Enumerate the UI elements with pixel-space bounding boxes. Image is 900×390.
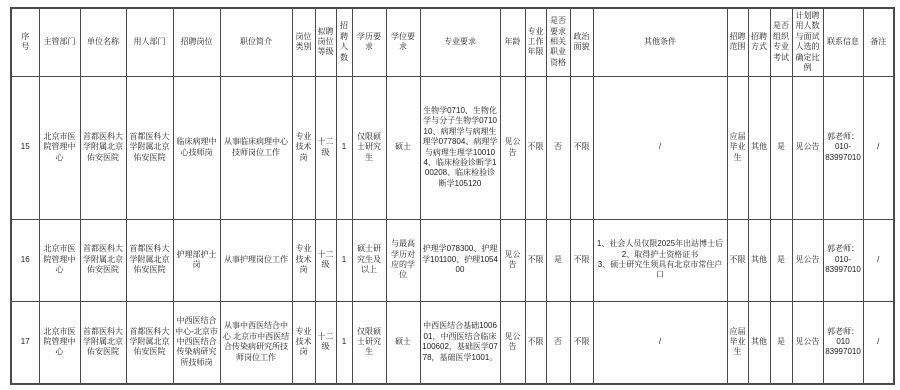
table-cell: 仅限硕士研究生	[352, 76, 386, 219]
table-cell: 从事中西医结合中心 北京市中西医结合传染病研究所技师岗位工作	[220, 301, 292, 384]
header-cell: 用人部门	[126, 8, 173, 76]
table-cell: 不限	[570, 301, 593, 384]
table-cell: 护理部护士岗	[173, 219, 220, 301]
table-cell: 不限	[525, 219, 546, 301]
table-cell: 中西医结合中心-北京市中西医结合传染病研究所技师岗	[173, 301, 220, 384]
table-cell: 1	[336, 301, 352, 384]
table-cell: 临床病理中心技师岗	[173, 76, 220, 219]
table-cell: 首都医科大学附属北京佑安医院	[80, 76, 126, 219]
table-cell: 见公告	[792, 219, 823, 301]
table-cell: 不限	[525, 76, 546, 219]
table-cell: 生物学0710、生物化学与分子生物学071010、病理学与病理生理学077804…	[420, 76, 500, 219]
table-cell: 郭老师： 010 83997010	[823, 301, 863, 384]
table-cell: 十二级	[315, 219, 336, 301]
table-cell: 1	[336, 219, 352, 301]
table-cell: 十二级	[315, 301, 336, 384]
header-cell: 招聘岗位	[173, 8, 220, 76]
table-cell: 不限	[570, 219, 593, 301]
table-cell: 专业技术岗	[292, 76, 315, 219]
table-cell: 从事护理岗位工作	[220, 219, 292, 301]
header-cell: 专业要求	[420, 8, 500, 76]
header-cell: 岗位 类别	[292, 8, 315, 76]
table-cell: 首都医科大学附属北京佑安医院	[126, 219, 173, 301]
table-cell: 首都医科大学附属北京佑安医院	[126, 76, 173, 219]
table-cell: 其他	[748, 219, 770, 301]
table-cell: 郭老师： 010- 83997010	[823, 76, 863, 219]
header-cell: 招聘 方式	[748, 8, 770, 76]
table-cell: 16	[11, 219, 39, 301]
header-cell: 是否 要求 相关 职业 资格	[546, 8, 570, 76]
table-cell: 1、社会人员仅限2025年出站博士后 2、取得护士资格证书 3、硕士研究生须具有…	[593, 219, 727, 301]
header-cell: 政治 面貌	[570, 8, 593, 76]
table-cell: 硕士	[386, 76, 420, 219]
table-cell: 从事临床病理中心技师岗位工作	[220, 76, 292, 219]
table-cell: 郭老师： 010- 83997010	[823, 219, 863, 301]
table-cell: 是	[546, 219, 570, 301]
table-cell: 否	[546, 76, 570, 219]
header-cell: 职位简介	[220, 8, 292, 76]
header-cell: 联系信息	[823, 8, 863, 76]
header-cell: 拟聘 岗位 等级	[315, 8, 336, 76]
table-cell: 应届毕业生	[727, 301, 748, 384]
header-cell: 招聘 范围	[727, 8, 748, 76]
header-cell: 其他条件	[593, 8, 727, 76]
table-cell: 护理学078300、护理学101100、护理105400	[420, 219, 500, 301]
table-cell: 北京市医院管理中心	[39, 76, 80, 219]
table-cell: 否	[546, 301, 570, 384]
table-cell: /	[593, 301, 727, 384]
table-cell: 见公告	[500, 301, 525, 384]
table-cell: 专业技术岗	[292, 219, 315, 301]
table-cell: /	[593, 76, 727, 219]
header-cell: 序 号	[11, 8, 39, 76]
header-cell: 专业 工作 年限	[525, 8, 546, 76]
header-cell: 年龄	[500, 8, 525, 76]
table-cell: 见公告	[792, 301, 823, 384]
header-cell: 计划聘 用人数 与面试 人选的 确定比 例	[792, 8, 823, 76]
table-cell: 首都医科大学附属北京佑安医院	[126, 301, 173, 384]
table-cell: 15	[11, 76, 39, 219]
table-cell: 不限	[525, 301, 546, 384]
table-row: 15北京市医院管理中心首都医科大学附属北京佑安医院首都医科大学附属北京佑安医院临…	[11, 76, 894, 219]
table-cell: 专业技术岗	[292, 301, 315, 384]
header-cell: 主管部门	[39, 8, 80, 76]
page: 序 号主管部门单位名称用人部门招聘岗位职位简介岗位 类别拟聘 岗位 等级招 聘 …	[0, 0, 900, 390]
table-cell: 北京市医院管理中心	[39, 219, 80, 301]
table-cell: /	[863, 219, 894, 301]
table-cell: 北京市医院管理中心	[39, 301, 80, 384]
table-cell: 与最高学历对应的学位	[386, 219, 420, 301]
table-cell: 不限	[727, 219, 748, 301]
table-cell: 其他	[748, 301, 770, 384]
table-cell: 是	[770, 219, 792, 301]
header-cell: 是否 组织 专业 考试	[770, 8, 792, 76]
table-cell: 其他	[748, 76, 770, 219]
header-cell: 备注	[863, 8, 894, 76]
table-cell: 仅限硕士研究生	[352, 301, 386, 384]
table-cell: 硕士	[386, 301, 420, 384]
header-cell: 学历要 求	[352, 8, 386, 76]
header-row: 序 号主管部门单位名称用人部门招聘岗位职位简介岗位 类别拟聘 岗位 等级招 聘 …	[11, 8, 894, 76]
table-cell: 见公告	[500, 76, 525, 219]
table-cell: /	[863, 301, 894, 384]
table-cell: 硕士研究生及以上	[352, 219, 386, 301]
table-cell: 首都医科大学附属北京佑安医院	[80, 301, 126, 384]
table-cell: 十二级	[315, 76, 336, 219]
header-cell: 单位名称	[80, 8, 126, 76]
table-cell: 应届毕业生	[727, 76, 748, 219]
table-cell: 中西医结合基础100601，中西医结合临床100602，基础医学0778，基础医…	[420, 301, 500, 384]
table-cell: 1	[336, 76, 352, 219]
header-cell: 学位要求	[386, 8, 420, 76]
table-cell: 见公告	[792, 76, 823, 219]
header-cell: 招 聘 人 数	[336, 8, 352, 76]
table-cell: 是	[770, 301, 792, 384]
recruitment-table: 序 号主管部门单位名称用人部门招聘岗位职位简介岗位 类别拟聘 岗位 等级招 聘 …	[10, 7, 895, 385]
table-cell: 首都医科大学附属北京佑安医院	[80, 219, 126, 301]
table-cell: /	[863, 76, 894, 219]
table-row: 16北京市医院管理中心首都医科大学附属北京佑安医院首都医科大学附属北京佑安医院护…	[11, 219, 894, 301]
table-row: 17北京市医院管理中心首都医科大学附属北京佑安医院首都医科大学附属北京佑安医院中…	[11, 301, 894, 384]
table-cell: 见公告	[500, 219, 525, 301]
table-cell: 是	[770, 76, 792, 219]
table-cell: 不限	[570, 76, 593, 219]
table-cell: 17	[11, 301, 39, 384]
